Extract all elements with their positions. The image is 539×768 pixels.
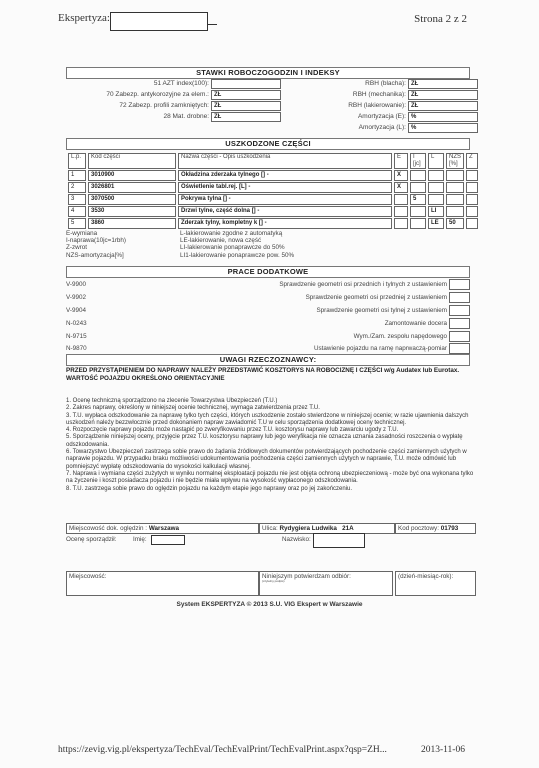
note-item: 1. Ocenę techniczną sporządzono na zlece… [66, 398, 478, 405]
extra-work-desc: Sprawdzenie geometri osi tylnej z ustawi… [316, 307, 447, 314]
inspection-postal-label: Kod pocztowy: [398, 525, 439, 532]
extra-work-field[interactable] [449, 331, 470, 342]
rate-label-rbh-sheet: RBH (blacha): [300, 80, 406, 87]
legend-item: LI-lakierowanie ponaprawcze do 50% [180, 244, 294, 251]
expertise-label: Ekspertyza:: [58, 12, 113, 24]
note-item: 8. T.U. zastrzega sobie prawo do oględzi… [66, 486, 478, 493]
note-item: 4. Rozpoczęcie naprawy pojazdu może nast… [66, 427, 478, 434]
inspection-postal-value: 01793 [441, 525, 459, 532]
signature-city-label: Miejscowość: [69, 573, 106, 580]
cell-z[interactable] [466, 218, 478, 229]
rate-label-closed-profiles: 72 Zabezp. profili zamkniętych: [66, 102, 209, 109]
cell-nzs[interactable] [446, 194, 464, 205]
cell-z[interactable] [466, 194, 478, 205]
inspection-place-field[interactable]: Miejscowość dok. oględzin : Warszawa [66, 523, 259, 534]
parts-table-header: L.p. Kod części Nazwa części - Opis uszk… [68, 153, 478, 169]
cell-i[interactable] [410, 170, 426, 181]
first-name-label: Imię: [133, 536, 147, 543]
cell-lp: 3 [68, 194, 86, 205]
legend-item: LE-lakierowanie, nowa część [180, 237, 294, 244]
rate-field-azt[interactable] [211, 79, 281, 89]
cell-e[interactable]: X [394, 182, 408, 193]
legend-right: L-lakierowanie zgodne z automatyką LE-la… [180, 230, 294, 259]
cell-lp: 5 [68, 218, 86, 229]
extra-work-desc: Wym./Zam. zespołu napędowego [354, 333, 447, 340]
col-name: Nazwa części - Opis uszkodzenia [178, 153, 392, 169]
inspection-street-value: Rydygiera Ludwika 21A [280, 525, 354, 532]
cell-i[interactable]: 5 [410, 194, 426, 205]
extra-work-code: V-9904 [66, 307, 86, 314]
cell-name: Zderzak tylny, kompletny k [] - [178, 218, 392, 229]
cell-nzs[interactable] [446, 170, 464, 181]
cell-e[interactable]: X [394, 170, 408, 181]
cell-name: Drzwi tylne, część dolna [] - [178, 206, 392, 217]
cell-code: 3530 [88, 206, 176, 217]
cell-l[interactable] [428, 182, 444, 193]
extra-work-code: V-9900 [66, 281, 86, 288]
rate-field-rbh-sheet[interactable]: ZŁ [408, 79, 478, 89]
legend-left: E-wymiana I-naprawa(10jc=1rbh) Z-zwrot N… [66, 230, 126, 259]
legend-item: E-wymiana [66, 230, 126, 237]
rate-label-depreciation-e: Amortyzacja (E): [300, 113, 406, 120]
extra-work-desc: Sprawdzenie geometri osi przedniej z ust… [306, 294, 447, 301]
extra-work-desc: Zamontowanie docera [385, 320, 447, 327]
cell-l[interactable] [428, 170, 444, 181]
remarks-notes: 1. Ocenę techniczną sporządzono na zlece… [66, 398, 478, 493]
col-code: Kod części [88, 153, 176, 169]
parts-table: L.p. Kod części Nazwa części - Opis uszk… [66, 152, 480, 230]
cell-name: Pokrywa tylna [] - [178, 194, 392, 205]
page-indicator: Strona 2 z 2 [414, 13, 467, 25]
rate-field-rbh-mechanics[interactable]: ZŁ [408, 90, 478, 100]
print-url: https://zevig.vig.pl/ekspertyza/TechEval… [58, 745, 387, 755]
rate-label-azt: 51 AZT index(100): [66, 80, 209, 87]
rates-section-title: STAWKI ROBOCZOGODZIN I INDEKSY [66, 67, 470, 79]
rate-label-rbh-painting: RBH (lakierowanie): [300, 102, 406, 109]
remarks-warning: PRZED PRZYSTĄPIENIEM DO NAPRAWY NALEŻY P… [66, 367, 476, 383]
note-item: 7. Naprawa i wymiana części zużytych w w… [66, 471, 478, 486]
note-item: 6. Towarzystwo Ubezpieczeń zastrzega sob… [66, 449, 478, 471]
prepared-by-label: Ocenę sporządził: [66, 536, 116, 543]
cell-nzs[interactable] [446, 206, 464, 217]
cell-e[interactable] [394, 194, 408, 205]
col-i: I [jc] [410, 153, 426, 169]
legend-item: Z-zwrot [66, 244, 126, 251]
signature-receipt-sub: (czytelny podpis) [262, 580, 390, 583]
col-l: L [428, 153, 444, 169]
extra-work-code: N-0243 [66, 320, 87, 327]
cell-lp: 2 [68, 182, 86, 193]
rate-field-closed-profiles[interactable]: ZŁ [211, 101, 281, 111]
cell-lp: 4 [68, 206, 86, 217]
note-item: 3. T.U. wypłaca odszkodowanie za naprawę… [66, 413, 478, 428]
rate-field-small-materials[interactable]: ZŁ [211, 112, 281, 122]
legend-item: NZS-amortyzacja[%] [66, 252, 126, 259]
last-name-label: Nazwisko: [282, 536, 311, 543]
rate-field-anticorrosion[interactable]: ZŁ [211, 90, 281, 100]
extra-work-code: V-9902 [66, 294, 86, 301]
legend-item: LI1-lakierowanie ponaprawcze pow. 50% [180, 252, 294, 259]
col-e: E [394, 153, 408, 169]
inspection-place-value: Warszawa [149, 525, 179, 532]
extra-work-code: N-9715 [66, 333, 87, 340]
cell-code: 3860 [88, 218, 176, 229]
cell-z[interactable] [466, 182, 478, 193]
cell-l[interactable] [428, 194, 444, 205]
system-footer: System EKSPERTYZA © 2013 S.U. VIG Eksper… [0, 601, 539, 608]
cell-code: 3026801 [88, 182, 176, 193]
parts-section-title: USZKODZONE CZĘŚCI [66, 138, 470, 150]
cell-e[interactable] [394, 206, 408, 217]
col-z: Z [466, 153, 478, 169]
extra-work-field[interactable] [449, 279, 470, 290]
remarks-section-title: UWAGI RZECZOZNAWCY: [66, 354, 470, 366]
first-name-field[interactable] [151, 535, 185, 545]
rate-field-rbh-painting[interactable]: ZŁ [408, 101, 478, 111]
table-row: 1 3010900 Okładzina zderzaka tylnego [] … [68, 170, 478, 181]
divider [207, 24, 217, 25]
extra-work-field[interactable] [449, 318, 470, 329]
cell-code: 3070500 [88, 194, 176, 205]
cell-z[interactable] [466, 206, 478, 217]
rate-field-depreciation-e[interactable]: % [408, 112, 478, 122]
table-row: 4 3530 Drzwi tylne, część dolna [] - LI [68, 206, 478, 217]
inspection-street-label: Ulica: [262, 525, 278, 532]
rate-label-rbh-mechanics: RBH (mechanika): [300, 91, 406, 98]
rate-field-depreciation-l[interactable]: % [408, 123, 478, 133]
cell-lp: 1 [68, 170, 86, 181]
cell-e[interactable] [394, 218, 408, 229]
note-item: 5. Sporządzenie niniejszej oceny, przyję… [66, 434, 478, 449]
inspection-place-label: Miejscowość dok. oględzin : [69, 525, 147, 532]
cell-i[interactable] [410, 182, 426, 193]
extra-work-desc: Ustawienie pojazdu na ramę naprwaczą-pom… [314, 345, 447, 352]
expertise-number-field[interactable] [110, 12, 208, 31]
cell-i[interactable] [410, 218, 426, 229]
signature-city-box[interactable]: Miejscowość: [66, 571, 259, 596]
rate-label-small-materials: 28 Mat. drobne: [66, 113, 209, 120]
extra-work-field[interactable] [449, 305, 470, 316]
extra-work-section-title: PRACE DODATKOWE [66, 266, 470, 278]
col-nzs: NZS [%] [446, 153, 464, 169]
rate-label-anticorrosion: 70 Zabezp. antykorozyjne za elem.: [66, 91, 209, 98]
note-item: 2. Zakres naprawy, określony w niniejsze… [66, 405, 478, 412]
extra-work-field[interactable] [449, 343, 470, 354]
cell-name: Oświetlenie tabl.rej. [L] - [178, 182, 392, 193]
print-date: 2013-11-06 [421, 745, 465, 755]
extra-work-field[interactable] [449, 292, 470, 303]
signature-receipt-box[interactable]: Niniejszym potwierdzam odbiór: (czytelny… [259, 571, 393, 596]
cell-l[interactable]: LI [428, 206, 444, 217]
rate-label-depreciation-l: Amortyzacja (L): [300, 124, 406, 131]
table-row: 5 3860 Zderzak tylny, kompletny k [] - L… [68, 218, 478, 229]
last-name-field[interactable] [313, 533, 365, 548]
cell-nzs[interactable] [446, 182, 464, 193]
cell-i[interactable] [410, 206, 426, 217]
cell-l[interactable]: LE [428, 218, 444, 229]
table-row: 3 3070500 Pokrywa tylna [] - 5 [68, 194, 478, 205]
cell-code: 3010900 [88, 170, 176, 181]
col-lp: L.p. [68, 153, 86, 169]
legend-item: L-lakierowanie zgodne z automatyką [180, 230, 294, 237]
table-row: 2 3026801 Oświetlenie tabl.rej. [L] - X [68, 182, 478, 193]
extra-work-code: N-9870 [66, 345, 87, 352]
cell-z[interactable] [466, 170, 478, 181]
legend-item: I-naprawa(10jc=1rbh) [66, 237, 126, 244]
cell-name: Okładzina zderzaka tylnego [] - [178, 170, 392, 181]
signature-date-box[interactable]: (dzień-miesiąc-rok): [395, 571, 476, 596]
inspection-postal-field[interactable]: Kod pocztowy: 01793 [395, 523, 476, 534]
extra-work-desc: Sprawdzenie geometri osi przednich i tyl… [279, 281, 447, 288]
signature-date-label: (dzień-miesiąc-rok): [398, 573, 453, 580]
cell-nzs[interactable]: 50 [446, 218, 464, 229]
